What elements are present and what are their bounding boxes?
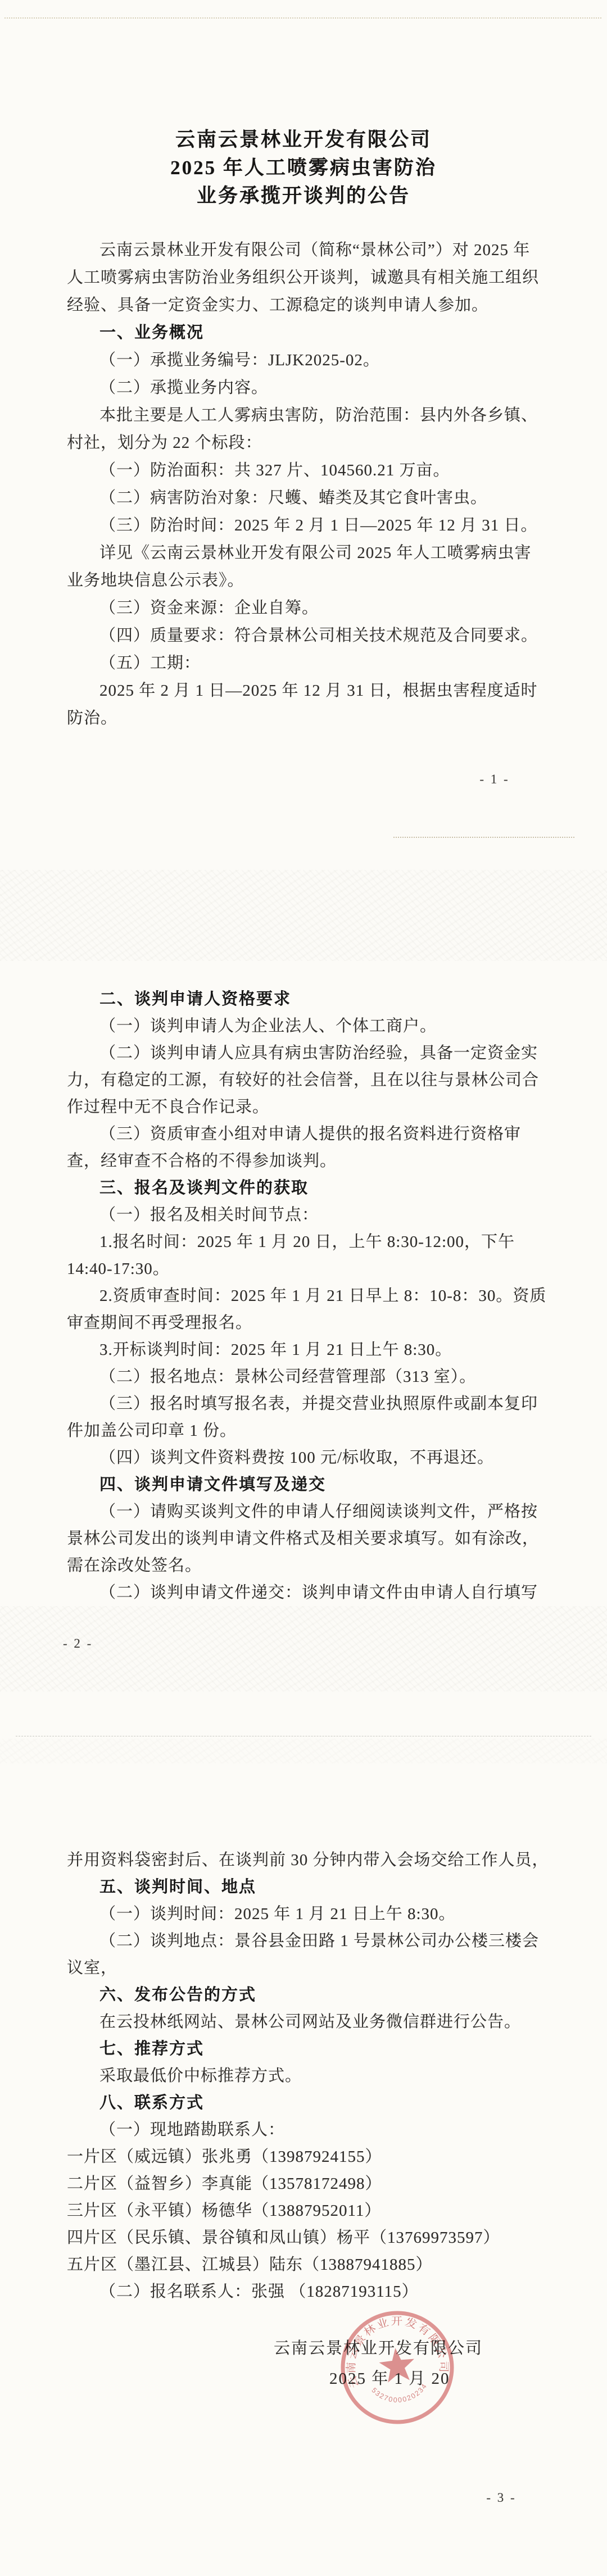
text-line: 作过程中无不良合作记录。 bbox=[67, 1094, 543, 1121]
page-number-1: - 1 - bbox=[466, 772, 523, 787]
text-line: （三）防治时间：2025 年 2 月 1 日—2025 年 12 月 31 日。 bbox=[67, 512, 543, 539]
text-line: 力，有稳定的工源，有较好的社会信誉，且在以往与景林公司合 bbox=[67, 1067, 543, 1094]
text-line: 景林公司发出的谈判申请文件格式及相关要求填写。如有涂改， bbox=[67, 1525, 543, 1552]
text-line: 业务地块信息公示表》。 bbox=[67, 567, 543, 595]
text-line: （一）报名及相关时间节点： bbox=[67, 1201, 543, 1228]
page1-bottom-edge-line bbox=[393, 837, 574, 838]
text-line: （二）病害防治对象：尺蠖、蝽类及其它食叶害虫。 bbox=[67, 484, 543, 512]
text-line: （一）承揽业务编号：JLJK2025-02。 bbox=[67, 347, 543, 374]
text-line: 需在涂改处签名。 bbox=[67, 1552, 543, 1579]
contact-line: 二片区（益智乡）李真能（13578172498） bbox=[67, 2170, 543, 2197]
contact-line: 一片区（威远镇）张兆勇（13987924155） bbox=[67, 2143, 543, 2170]
text-line: （一）谈判申请人为企业法人、个体工商户。 bbox=[67, 1013, 543, 1040]
text-line: （二）谈判申请文件递交：谈判申请文件由申请人自行填写 bbox=[67, 1579, 543, 1606]
text-line: 14:40-17:30。 bbox=[67, 1255, 543, 1282]
text-line: （三）资质审查小组对申请人提供的报名资料进行资格审 bbox=[67, 1121, 543, 1148]
page1-top-fold-line bbox=[4, 17, 601, 19]
text-line: 件加盖公司印章 1 份。 bbox=[67, 1417, 543, 1444]
text-line: （二）谈判地点：景谷县金田路 1 号景林公司办公楼三楼会 bbox=[67, 1928, 543, 1954]
heading-applicant-qualification: 二、谈判申请人资格要求 bbox=[67, 986, 543, 1013]
title-line-1: 云南云景林业开发有限公司 bbox=[0, 126, 607, 154]
contact-line: 四片区（民乐镇、景谷镇和凤山镇）杨平（13769973597） bbox=[67, 2224, 543, 2251]
page3-top-edge-line bbox=[16, 1736, 591, 1736]
title-line-2: 2025 年人工喷雾病虫害防治 bbox=[0, 154, 607, 182]
text-line: （四）质量要求：符合景林公司相关技术规范及合同要求。 bbox=[67, 622, 543, 650]
seal-star-icon bbox=[378, 2346, 416, 2383]
heading-file-filling-submission: 四、谈判申请文件填写及递交 bbox=[67, 1471, 543, 1498]
text-line: 2025 年 2 月 1 日—2025 年 12 月 31 日，根据虫害程度适时 bbox=[67, 677, 543, 705]
text-line: （一）防治面积：共 327 片、104560.21 万亩。 bbox=[67, 457, 543, 484]
seal-serial-number: 5327000020234 bbox=[369, 2380, 430, 2407]
heading-registration-documents: 三、报名及谈判文件的获取 bbox=[67, 1174, 543, 1201]
text-line: 人工喷雾病虫害防治业务组织公开谈判，诚邀具有相关施工组织 bbox=[67, 264, 543, 292]
page-number-2: - 2 - bbox=[63, 1636, 119, 1651]
page3-body: 并用资料袋密封后、在谈判前 30 分钟内带入会场交给工作人员， 五、谈判时间、地… bbox=[67, 1847, 543, 2305]
text-line: （一）谈判时间：2025 年 1 月 21 日上午 8:30。 bbox=[67, 1901, 543, 1928]
text-line: 并用资料袋密封后、在谈判前 30 分钟内带入会场交给工作人员， bbox=[67, 1847, 543, 1874]
text-line: 3.开标谈判时间：2025 年 1 月 21 日上午 8:30。 bbox=[67, 1336, 543, 1363]
text-line: （五）工期： bbox=[67, 650, 543, 677]
heading-recommendation-method: 七、推荐方式 bbox=[67, 2035, 543, 2062]
svg-text:5327000020234: 5327000020234 bbox=[369, 2380, 430, 2407]
scanned-document: 云南云景林业开发有限公司 2025 年人工喷雾病虫害防治 业务承揽开谈判的公告 … bbox=[0, 0, 607, 2576]
heading-announcement-method: 六、发布公告的方式 bbox=[67, 1981, 543, 2008]
page-number-3: - 3 - bbox=[473, 2491, 529, 2505]
contact-line: （二）报名联系人：张强 （18287193115） bbox=[67, 2278, 543, 2305]
text-line: （二）谈判申请人应具有病虫害防治经验，具备一定资金实 bbox=[67, 1040, 543, 1067]
text-line: 1.报名时间：2025 年 1 月 20 日，上午 8:30-12:00，下午 bbox=[67, 1228, 543, 1255]
text-line: 采取最低价中标推荐方式。 bbox=[67, 2062, 543, 2089]
heading-business-overview: 一、业务概况 bbox=[67, 319, 543, 347]
text-line: （一）请购买谈判文件的申请人仔细阅读谈判文件，严格按 bbox=[67, 1498, 543, 1525]
text-line: 村社，划分为 22 个标段： bbox=[67, 429, 543, 457]
company-seal-stamp: 云南云景林业开发有限公司 5327000020234 bbox=[330, 2300, 465, 2435]
text-line: 议室， bbox=[67, 1954, 543, 1981]
text-line: 在云投林纸网站、景林公司网站及业务微信群进行公告。 bbox=[67, 2008, 543, 2035]
contact-line: 三片区（永平镇）杨德华（13887952011） bbox=[67, 2197, 543, 2224]
title-line-3: 业务承揽开谈判的公告 bbox=[0, 182, 607, 210]
contact-line: 五片区（墨江县、江城县）陆东（13887941885） bbox=[67, 2251, 543, 2278]
text-line: （三）资金来源：企业自筹。 bbox=[67, 595, 543, 622]
text-line: （四）谈判文件资料费按 100 元/标收取，不再退还。 bbox=[67, 1444, 543, 1471]
paper-texture bbox=[0, 870, 607, 961]
text-line: （二）承揽业务内容。 bbox=[67, 374, 543, 402]
text-line: 2.资质审查时间：2025 年 1 月 21 日早上 8：10-8：30。资质 bbox=[67, 1282, 543, 1309]
text-line: 详见《云南云景林业开发有限公司 2025 年人工喷雾病虫害 bbox=[67, 539, 543, 567]
page1-body: 云南云景林业开发有限公司（简称“景林公司”）对 2025 年 人工喷雾病虫害防治… bbox=[67, 237, 543, 732]
text-line: 本批主要是人工人雾病虫害防，防治范围：县内外各乡镇、 bbox=[67, 402, 543, 429]
page2-body: 二、谈判申请人资格要求 （一）谈判申请人为企业法人、个体工商户。 （二）谈判申请… bbox=[67, 986, 543, 1606]
heading-negotiation-time-place: 五、谈判时间、地点 bbox=[67, 1874, 543, 1901]
text-line: 防治。 bbox=[67, 705, 543, 732]
text-line: （三）报名时填写报名表，并提交营业执照原件或副本复印 bbox=[67, 1390, 543, 1417]
text-line: （二）报名地点：景林公司经营管理部（313 室）。 bbox=[67, 1363, 543, 1390]
heading-contact-info: 八、联系方式 bbox=[67, 2089, 543, 2116]
paper-texture bbox=[0, 1739, 607, 1763]
text-line: （一）现地踏勘联系人： bbox=[67, 2116, 543, 2143]
text-line: 云南云景林业开发有限公司（简称“景林公司”）对 2025 年 bbox=[67, 237, 543, 264]
text-line: 经验、具备一定资金实力、工源稳定的谈判申请人参加。 bbox=[67, 292, 543, 319]
document-title: 云南云景林业开发有限公司 2025 年人工喷雾病虫害防治 业务承揽开谈判的公告 bbox=[0, 126, 607, 210]
text-line: 审查期间不再受理报名。 bbox=[67, 1309, 543, 1336]
text-line: 查，经审查不合格的不得参加谈判。 bbox=[67, 1148, 543, 1174]
